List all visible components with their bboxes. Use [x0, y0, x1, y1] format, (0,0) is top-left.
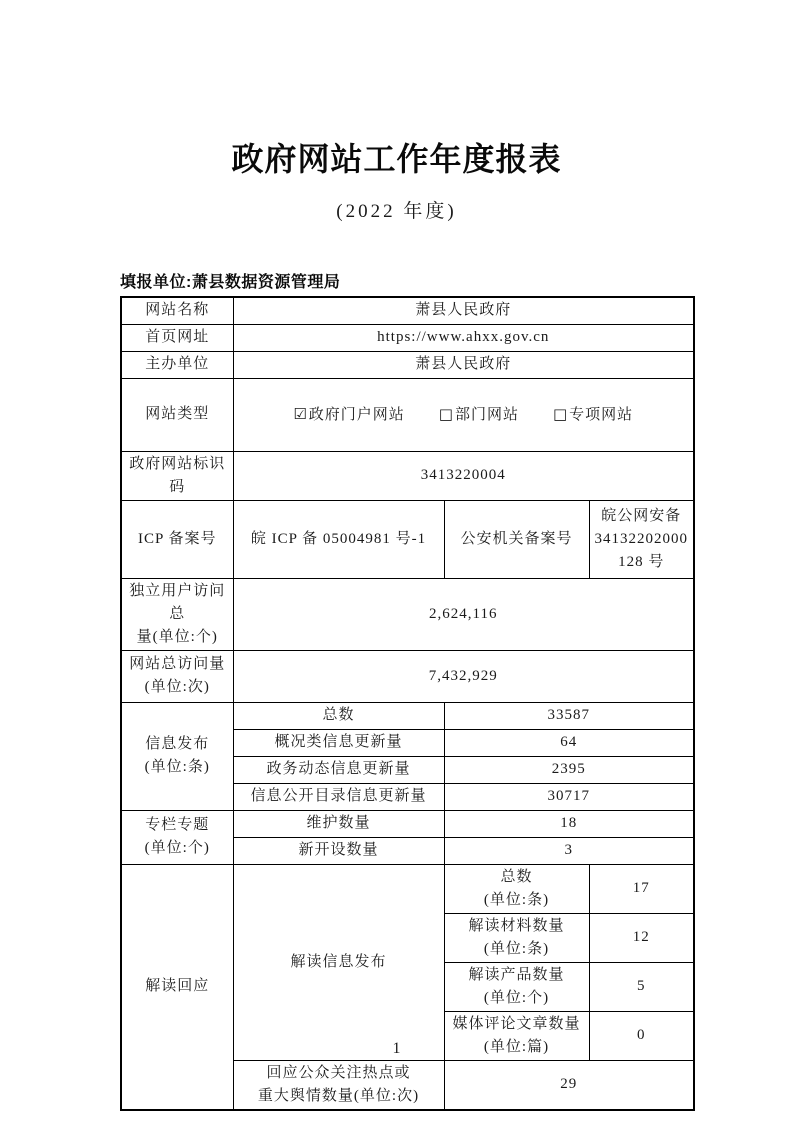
interpretation-sub-label: 解读材料数量 (单位:条) — [444, 913, 589, 962]
site-type-option-special: □专项网站 — [553, 403, 633, 427]
police-record-label: 公安机关备案号 — [444, 500, 589, 578]
site-name-value: 萧县人民政府 — [233, 297, 694, 324]
info-publish-sub-value: 33587 — [444, 702, 694, 729]
icp-label: ICP 备案号 — [121, 500, 233, 578]
special-columns-label: 专栏专题 (单位:个) — [121, 810, 233, 864]
home-url-value: https://www.ahxx.gov.cn — [233, 324, 694, 351]
site-type-option-label: 部门网站 — [455, 407, 519, 423]
site-name-label: 网站名称 — [121, 297, 233, 324]
interpretation-sub-label: 总数 (单位:条) — [444, 864, 589, 913]
home-url-label: 首页网址 — [121, 324, 233, 351]
site-code-value: 3413220004 — [233, 451, 694, 500]
row-columns-maintained: 专栏专题 (单位:个) 维护数量 18 — [121, 810, 694, 837]
checkbox-unchecked-icon: □ — [553, 405, 568, 423]
police-record-value: 皖公网安备 34132202000 128 号 — [589, 500, 694, 578]
checkbox-unchecked-icon: □ — [439, 405, 454, 423]
interpretation-sub-label: 解读产品数量 (单位:个) — [444, 962, 589, 1011]
row-total-visits: 网站总访问量 (单位:次) 7,432,929 — [121, 650, 694, 702]
interpretation-sub-value: 17 — [589, 864, 694, 913]
icp-value: 皖 ICP 备 05004981 号-1 — [233, 500, 444, 578]
site-type-options: ☑政府门户网站 □部门网站 □专项网站 — [233, 378, 694, 451]
info-publish-sub-label: 总数 — [233, 702, 444, 729]
page-number: 1 — [0, 1040, 793, 1058]
interpretation-publish-label: 解读信息发布 — [233, 864, 444, 1060]
site-code-label: 政府网站标识码 — [121, 451, 233, 500]
organizer-label: 主办单位 — [121, 351, 233, 378]
unique-visitors-label: 独立用户访问总 量(单位:个) — [121, 578, 233, 650]
info-publish-sub-label: 政务动态信息更新量 — [233, 756, 444, 783]
organizer-value: 萧县人民政府 — [233, 351, 694, 378]
unique-visitors-value: 2,624,116 — [233, 578, 694, 650]
site-type-label: 网站类型 — [121, 378, 233, 451]
reporting-unit-label: 填报单位:萧县数据资源管理局 — [120, 269, 340, 292]
row-unique-visitors: 独立用户访问总 量(单位:个) 2,624,116 — [121, 578, 694, 650]
annual-report-table: 网站名称 萧县人民政府 首页网址 https://www.ahxx.gov.cn… — [120, 296, 695, 1111]
site-type-option-label: 政府门户网站 — [309, 407, 405, 423]
info-publish-sub-value: 2395 — [444, 756, 694, 783]
info-publish-label: 信息发布 (单位:条) — [121, 702, 233, 810]
interpretation-sub-value: 5 — [589, 962, 694, 1011]
interpretation-sub-value: 12 — [589, 913, 694, 962]
row-site-type: 网站类型 ☑政府门户网站 □部门网站 □专项网站 — [121, 378, 694, 451]
site-type-option-department: □部门网站 — [439, 403, 519, 427]
info-publish-sub-value: 64 — [444, 729, 694, 756]
page-subtitle: (2022 年度) — [0, 196, 793, 223]
public-response-value: 29 — [444, 1060, 694, 1110]
document-page: 政府网站工作年度报表 (2022 年度) 填报单位:萧县数据资源管理局 网站名称… — [0, 0, 793, 1122]
info-publish-sub-label: 信息公开目录信息更新量 — [233, 783, 444, 810]
interpretation-label: 解读回应 — [121, 864, 233, 1110]
total-visits-value: 7,432,929 — [233, 650, 694, 702]
row-organizer: 主办单位 萧县人民政府 — [121, 351, 694, 378]
info-publish-sub-value: 30717 — [444, 783, 694, 810]
info-publish-sub-label: 概况类信息更新量 — [233, 729, 444, 756]
special-columns-sub-label: 新开设数量 — [233, 837, 444, 864]
site-type-option-portal: ☑政府门户网站 — [293, 403, 404, 427]
special-columns-sub-value: 3 — [444, 837, 694, 864]
site-type-option-group: ☑政府门户网站 □部门网站 □专项网站 — [237, 403, 691, 427]
row-interpretation-total: 解读回应 解读信息发布 总数 (单位:条) 17 — [121, 864, 694, 913]
special-columns-sub-value: 18 — [444, 810, 694, 837]
total-visits-label: 网站总访问量 (单位:次) — [121, 650, 233, 702]
site-type-option-label: 专项网站 — [569, 407, 633, 423]
row-icp: ICP 备案号 皖 ICP 备 05004981 号-1 公安机关备案号 皖公网… — [121, 500, 694, 578]
page-title: 政府网站工作年度报表 — [0, 134, 793, 180]
row-home-url: 首页网址 https://www.ahxx.gov.cn — [121, 324, 694, 351]
row-site-code: 政府网站标识码 3413220004 — [121, 451, 694, 500]
row-site-name: 网站名称 萧县人民政府 — [121, 297, 694, 324]
row-info-publish-total: 信息发布 (单位:条) 总数 33587 — [121, 702, 694, 729]
public-response-label: 回应公众关注热点或 重大舆情数量(单位:次) — [233, 1060, 444, 1110]
checkbox-checked-icon: ☑ — [293, 405, 307, 423]
special-columns-sub-label: 维护数量 — [233, 810, 444, 837]
